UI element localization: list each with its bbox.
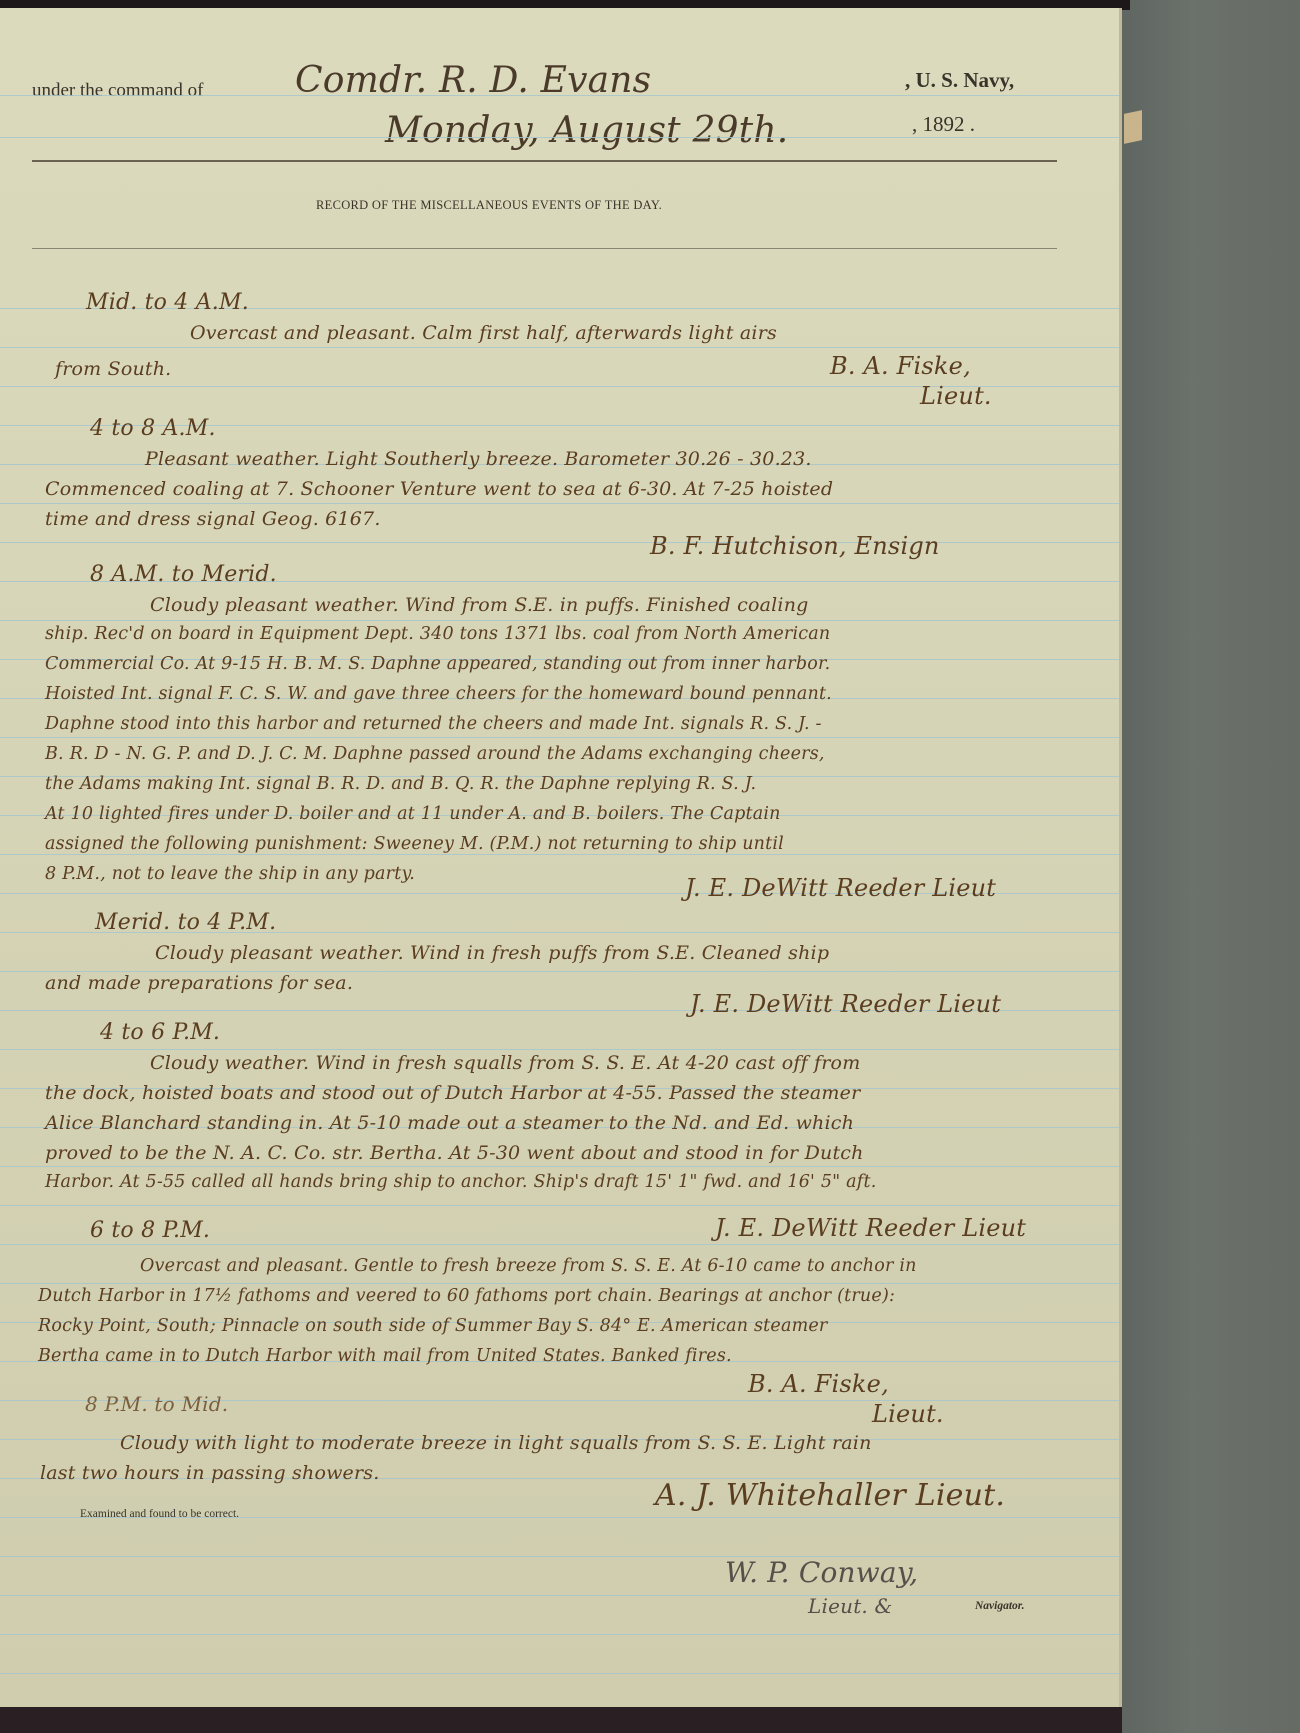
ruled-line bbox=[0, 1205, 1119, 1206]
date-written: Monday, August 29th. bbox=[385, 110, 788, 151]
log-line: proved to be the N. A. C. Co. str. Berth… bbox=[45, 1142, 864, 1164]
signature-rank: Lieut. bbox=[872, 1400, 944, 1428]
log-line: Overcast and pleasant. Gentle to fresh b… bbox=[140, 1256, 917, 1276]
log-line: Harbor. At 5-55 called all hands bring s… bbox=[45, 1172, 876, 1192]
ruled-line bbox=[0, 1244, 1119, 1245]
ruled-line bbox=[0, 95, 1119, 96]
watch-heading: 4 to 8 A.M. bbox=[90, 416, 216, 441]
log-line: Daphne stood into this harbor and return… bbox=[45, 714, 822, 734]
log-line: Overcast and pleasant. Calm first half, … bbox=[190, 322, 777, 344]
section-rule bbox=[32, 248, 1057, 249]
log-line: Bertha came in to Dutch Harbor with mail… bbox=[38, 1346, 732, 1366]
log-line: At 10 lighted fires under D. boiler and … bbox=[45, 804, 781, 824]
log-line: Commenced coaling at 7. Schooner Venture… bbox=[45, 478, 833, 500]
ruled-line bbox=[0, 542, 1119, 543]
log-line: time and dress signal Geog. 6167. bbox=[45, 508, 381, 530]
ruled-line bbox=[0, 1166, 1119, 1167]
log-line: the Adams making Int. signal B. R. D. an… bbox=[45, 774, 756, 794]
signature: J. E. DeWitt Reeder Lieut bbox=[690, 990, 1001, 1018]
watch-heading: 6 to 8 P.M. bbox=[90, 1218, 210, 1243]
signature-prev-entry: J. E. DeWitt Reeder Lieut bbox=[715, 1214, 1026, 1242]
log-line: and made preparations for sea. bbox=[45, 972, 353, 994]
command-label: under the command of bbox=[32, 80, 203, 102]
scanner-backdrop bbox=[1122, 0, 1300, 1733]
ruled-line bbox=[0, 503, 1119, 504]
ruled-line bbox=[0, 137, 1119, 138]
log-line: Cloudy pleasant weather. Wind in fresh p… bbox=[155, 942, 829, 964]
logbook-page: under the command of Comdr. R. D. Evans … bbox=[0, 8, 1122, 1707]
log-line: from South. bbox=[55, 358, 171, 380]
log-line: Alice Blanchard standing in. At 5-10 mad… bbox=[45, 1112, 854, 1134]
ruled-line bbox=[0, 854, 1119, 855]
navy-suffix: , U. S. Navy, bbox=[905, 68, 1014, 93]
log-line: Commercial Co. At 9-15 H. B. M. S. Daphn… bbox=[45, 654, 830, 674]
navigator-label: Navigator. bbox=[975, 1600, 1025, 1612]
navigator-rank: Lieut. & bbox=[808, 1594, 893, 1618]
ruled-line bbox=[0, 1283, 1119, 1284]
signature: B. F. Hutchison, Ensign bbox=[650, 532, 940, 560]
log-line: Rocky Point, South; Pinnacle on south si… bbox=[38, 1316, 828, 1336]
signature: B. A. Fiske, bbox=[748, 1370, 889, 1398]
log-line: assigned the following punishment: Sween… bbox=[45, 834, 784, 854]
signature: B. A. Fiske, bbox=[830, 352, 971, 380]
watch-heading: 8 P.M. to Mid. bbox=[85, 1392, 228, 1416]
log-line: 8 P.M., not to leave the ship in any par… bbox=[45, 864, 415, 884]
ruled-line bbox=[0, 737, 1119, 738]
log-line: Cloudy pleasant weather. Wind from S.E. … bbox=[150, 594, 809, 616]
section-title: RECORD OF THE MISCELLANEOUS EVENTS OF TH… bbox=[316, 198, 662, 213]
ruled-line bbox=[0, 620, 1119, 621]
header-rule bbox=[32, 160, 1057, 162]
ruled-line bbox=[0, 1049, 1119, 1050]
ruled-line bbox=[0, 1673, 1119, 1674]
ruled-line bbox=[0, 1595, 1119, 1596]
signature: J. E. DeWitt Reeder Lieut bbox=[685, 874, 996, 902]
log-line: Dutch Harbor in 17½ fathoms and veered t… bbox=[38, 1286, 895, 1306]
ruled-line bbox=[0, 1556, 1119, 1557]
watch-heading: Mid. to 4 A.M. bbox=[86, 290, 249, 315]
ruled-line bbox=[0, 1634, 1119, 1635]
signature-rank: Lieut. bbox=[920, 382, 992, 410]
log-line: Cloudy with light to moderate breeze in … bbox=[120, 1432, 872, 1454]
year: , 1892 . bbox=[912, 112, 975, 137]
watch-heading: Merid. to 4 P.M. bbox=[95, 910, 276, 935]
log-line: Pleasant weather. Light Southerly breeze… bbox=[145, 448, 812, 470]
watch-heading: 4 to 6 P.M. bbox=[100, 1020, 220, 1045]
log-line: Hoisted Int. signal F. C. S. W. and gave… bbox=[45, 684, 832, 704]
ruled-line bbox=[0, 347, 1119, 348]
navigator-signature: W. P. Conway, bbox=[725, 1556, 918, 1589]
page-tab bbox=[1124, 110, 1142, 144]
watch-heading: 8 A.M. to Merid. bbox=[90, 562, 277, 587]
log-line: the dock, hoisted boats and stood out of… bbox=[45, 1082, 860, 1104]
log-line: last two hours in passing showers. bbox=[40, 1462, 379, 1484]
signature: A. J. Whitehaller Lieut. bbox=[655, 1478, 1005, 1513]
log-line: Cloudy weather. Wind in fresh squalls fr… bbox=[150, 1052, 860, 1074]
log-line: ship. Rec'd on board in Equipment Dept. … bbox=[45, 624, 830, 644]
examined-label: Examined and found to be correct. bbox=[80, 1508, 239, 1520]
log-line: B. R. D - N. G. P. and D. J. C. M. Daphn… bbox=[45, 744, 825, 764]
